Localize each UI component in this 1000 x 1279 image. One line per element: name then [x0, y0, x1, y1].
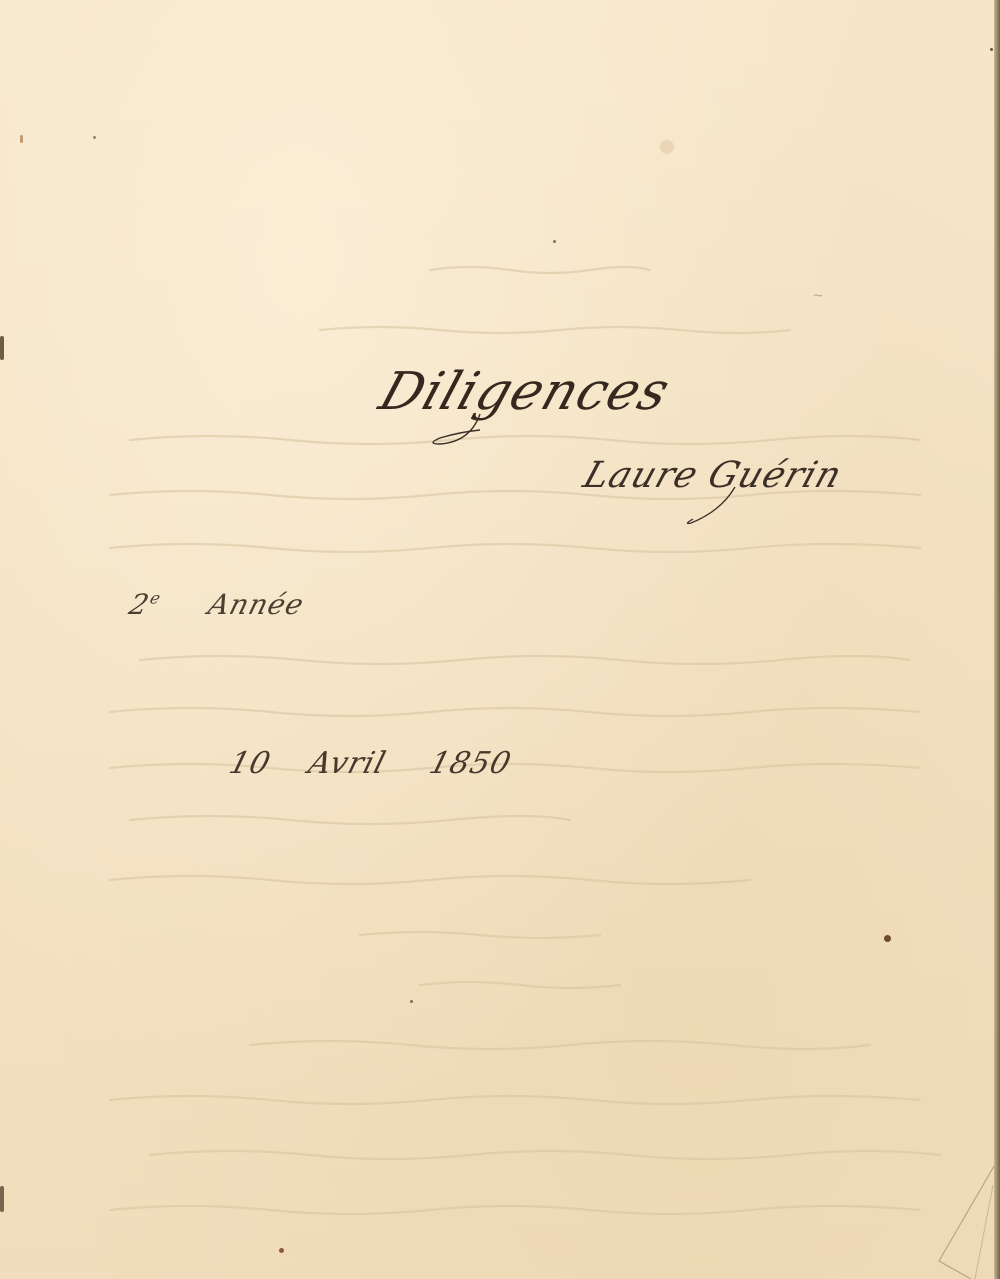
paper-stain [410, 1000, 413, 1003]
paper-stain [20, 135, 23, 143]
paper-stain [93, 136, 96, 139]
document-title: Diligences [372, 362, 677, 422]
paper-stain [553, 240, 556, 243]
date-year: 1850 [426, 746, 516, 781]
manuscript-page: ~ Diligences Laure Guérin 2e Année 10 Av… [0, 0, 1000, 1279]
year-word: Année [205, 588, 308, 621]
paper-stain [279, 1248, 284, 1253]
date-month: Avril [305, 746, 390, 781]
school-year-label: 2e Année [126, 588, 308, 621]
bleed-through-text [0, 0, 1000, 1279]
paper-stain [990, 48, 993, 51]
date-day: 10 [225, 746, 275, 781]
margin-pencil-mark: ~ [812, 288, 824, 304]
binding-mark [0, 336, 4, 360]
folded-corner [935, 1155, 1000, 1279]
author-name: Laure Guérin [578, 455, 847, 496]
page-edge [994, 0, 1000, 1279]
paper-stain [660, 140, 674, 154]
document-date: 10 Avril 1850 [225, 746, 515, 781]
paper-stain [884, 935, 891, 942]
binding-mark [0, 1186, 4, 1212]
